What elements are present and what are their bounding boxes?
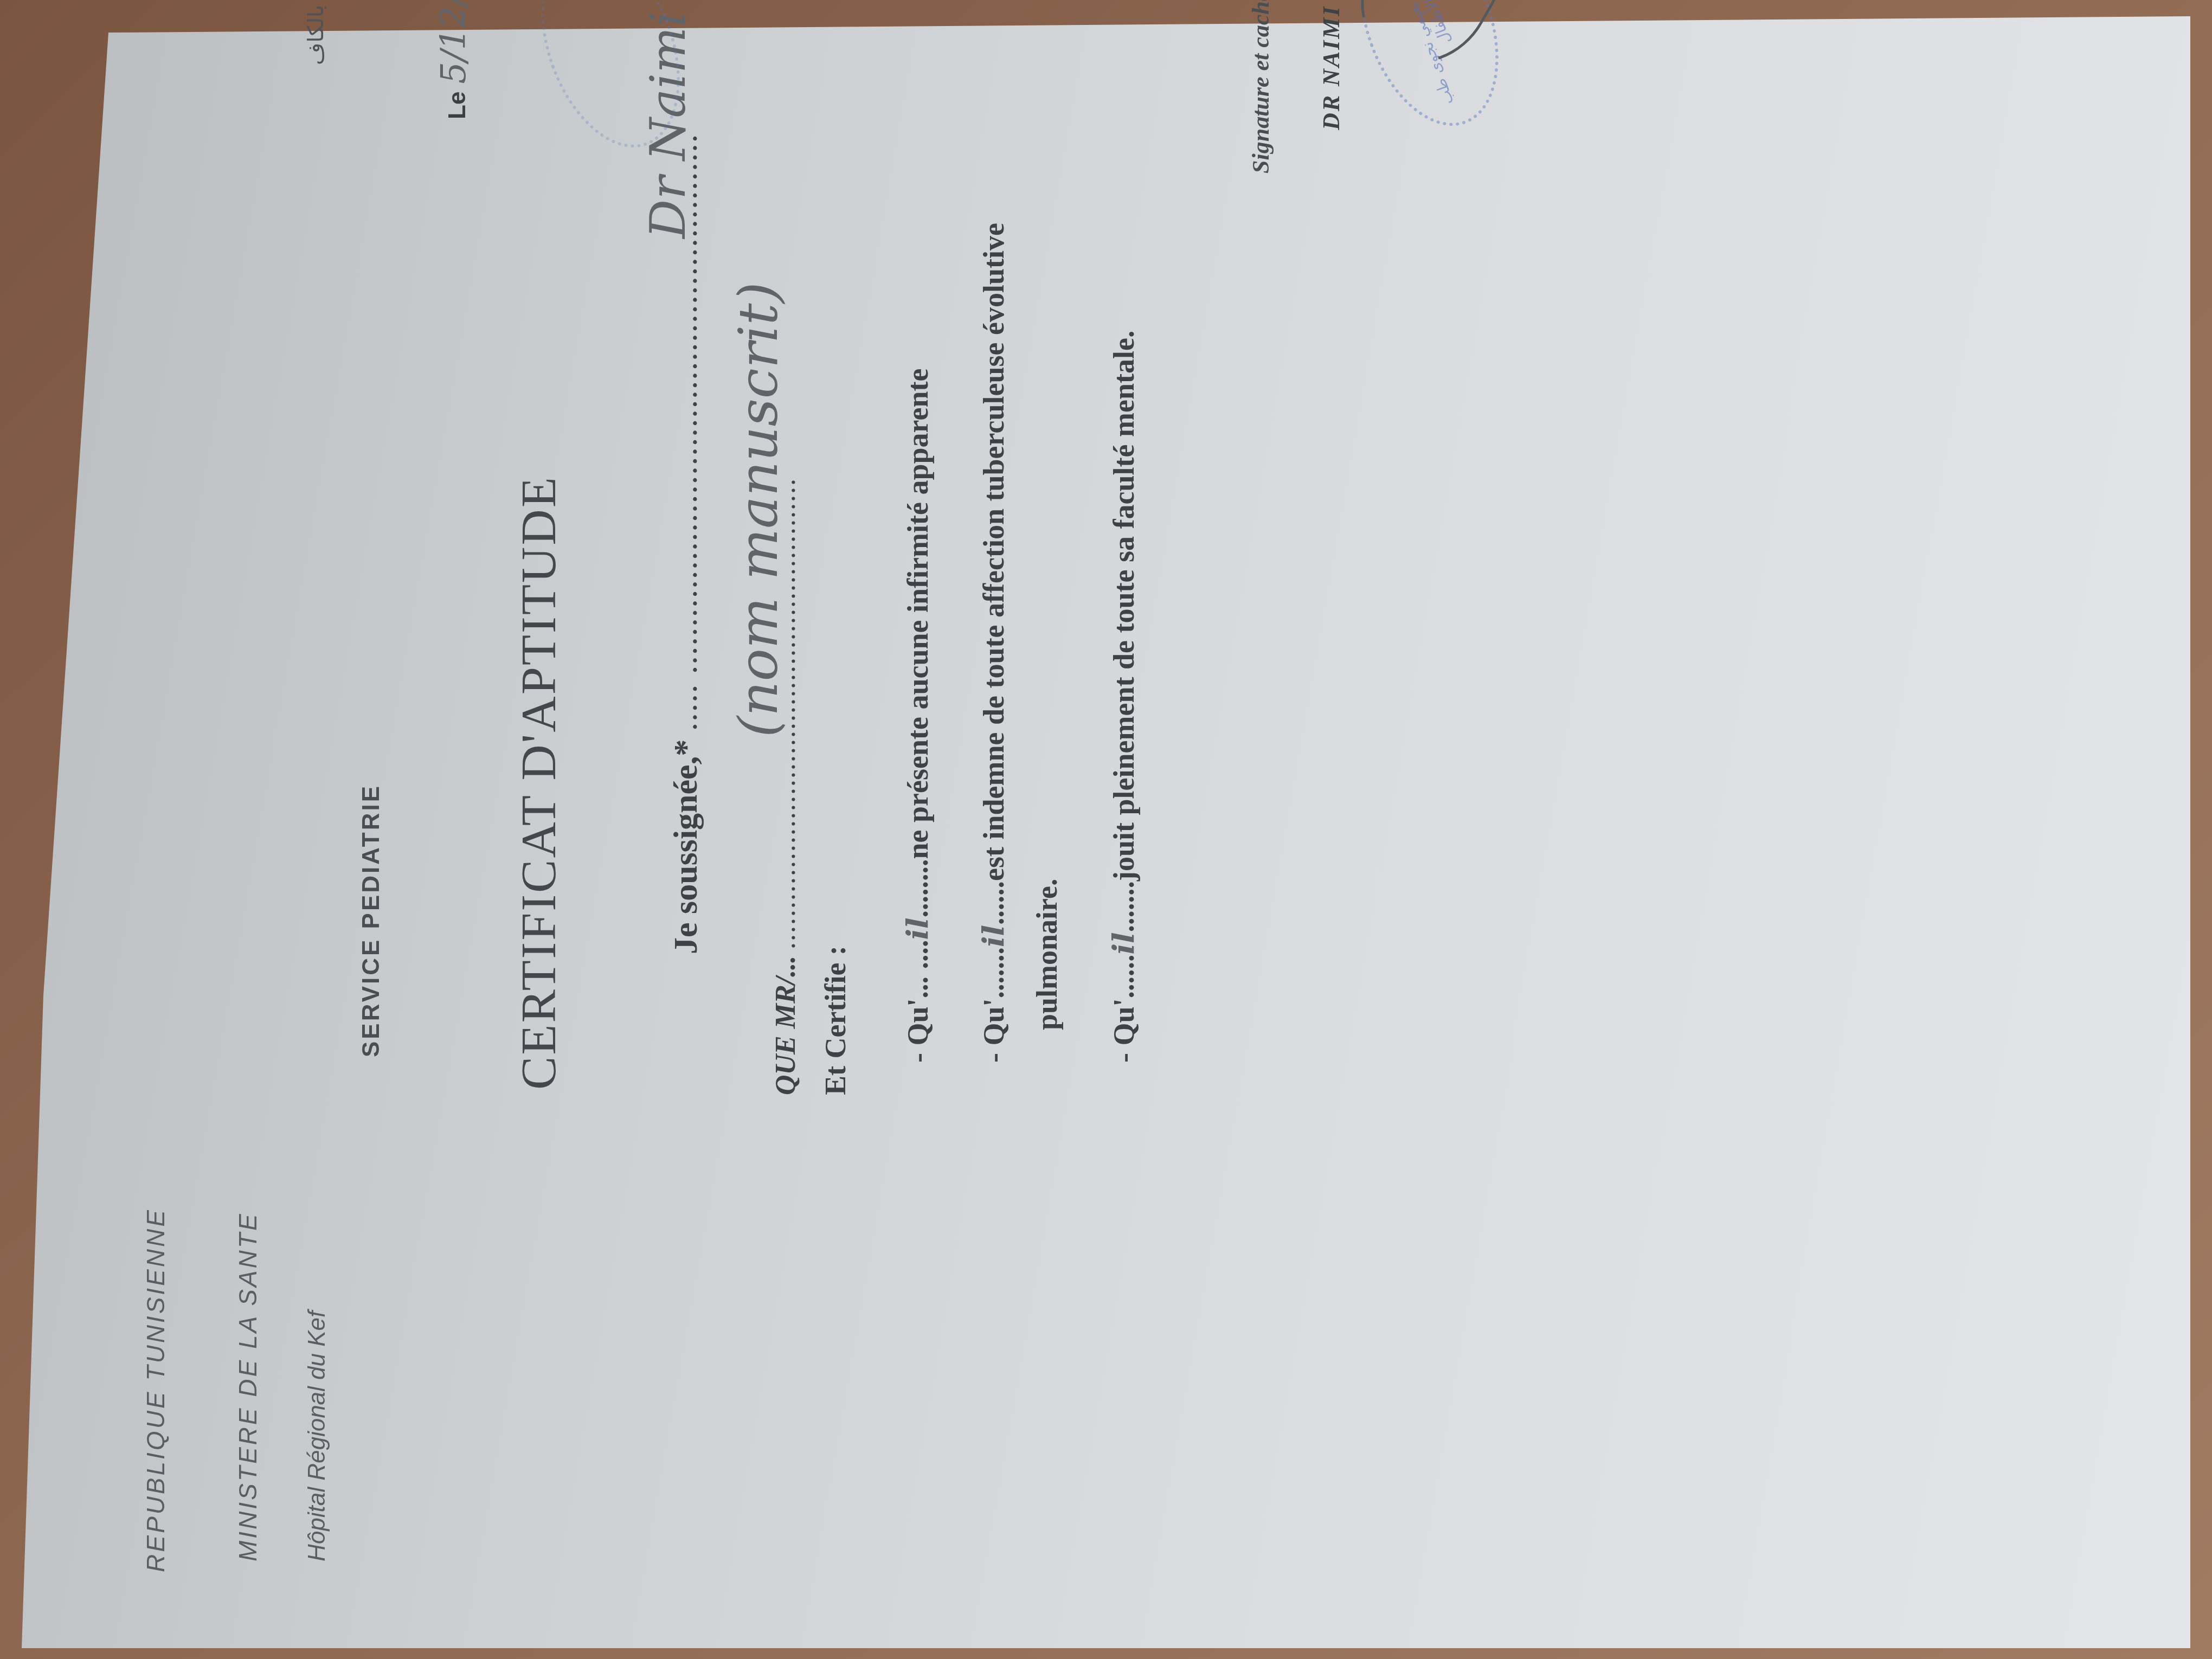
item-prefix: - Qu'... .... [902, 940, 934, 1063]
header-arabic-hospital: المستشفى الجهوي بالكاف [304, 0, 329, 65]
patient-name-handwritten: (nom manuscrit) [726, 282, 790, 737]
item-handwritten: il [1106, 932, 1141, 954]
que-label: QUE MR/... [770, 949, 801, 1095]
header-republic: REPUBLIQUE TUNISIENNE [141, 1208, 170, 1572]
certify-item-2: - Qu'.......il......est indemne de toute… [976, 223, 1011, 1063]
service-label: SERVICE PEDIATRIE [358, 784, 385, 1057]
item-prefix: - Qu'...... [1108, 954, 1140, 1063]
certificate-page: REPUBLIQUE TUNISIENNE MINISTERE DE LA SA… [0, 87, 2114, 1659]
doctor-name: DR NAIMI NAJOUA [1317, 0, 1345, 130]
signature-label: Signature et cachet du médecin [1247, 0, 1275, 173]
item-handwritten: il [900, 917, 935, 940]
soussignee-line: Je soussignée,* ..... ..................… [667, 133, 705, 954]
certifie-label: Et Certifie : [819, 946, 852, 1095]
certify-item-3: - Qu'......il.......jouit pleinement de … [1106, 331, 1141, 1063]
item-text: ........ne présente aucune infirmité app… [902, 369, 934, 918]
certify-item-2-continuation: pulmonaire. [1030, 878, 1064, 1030]
item-prefix: - Qu'....... [978, 947, 1010, 1063]
date-label: Le [444, 92, 471, 119]
item-text: ......est indemne de toute affection tub… [978, 223, 1010, 925]
item-text: .......jouit pleinement de toute sa facu… [1108, 331, 1140, 933]
header-ministry: MINISTERE DE LA SANTE [233, 1212, 262, 1561]
date-field: Le 5/12/ 2023 [434, 0, 474, 119]
soussignee-label: Je soussignée,* [667, 731, 704, 954]
certify-item-1: - Qu'... ....il........ne présente aucun… [900, 369, 935, 1063]
date-value: 5/12/ 2023 [434, 0, 474, 84]
header-hospital: Hôpital Régional du Kef [304, 1311, 331, 1561]
document-title: CERTIFICAT D'APTITUDE [510, 475, 567, 1090]
item-handwritten: il [976, 925, 1011, 947]
